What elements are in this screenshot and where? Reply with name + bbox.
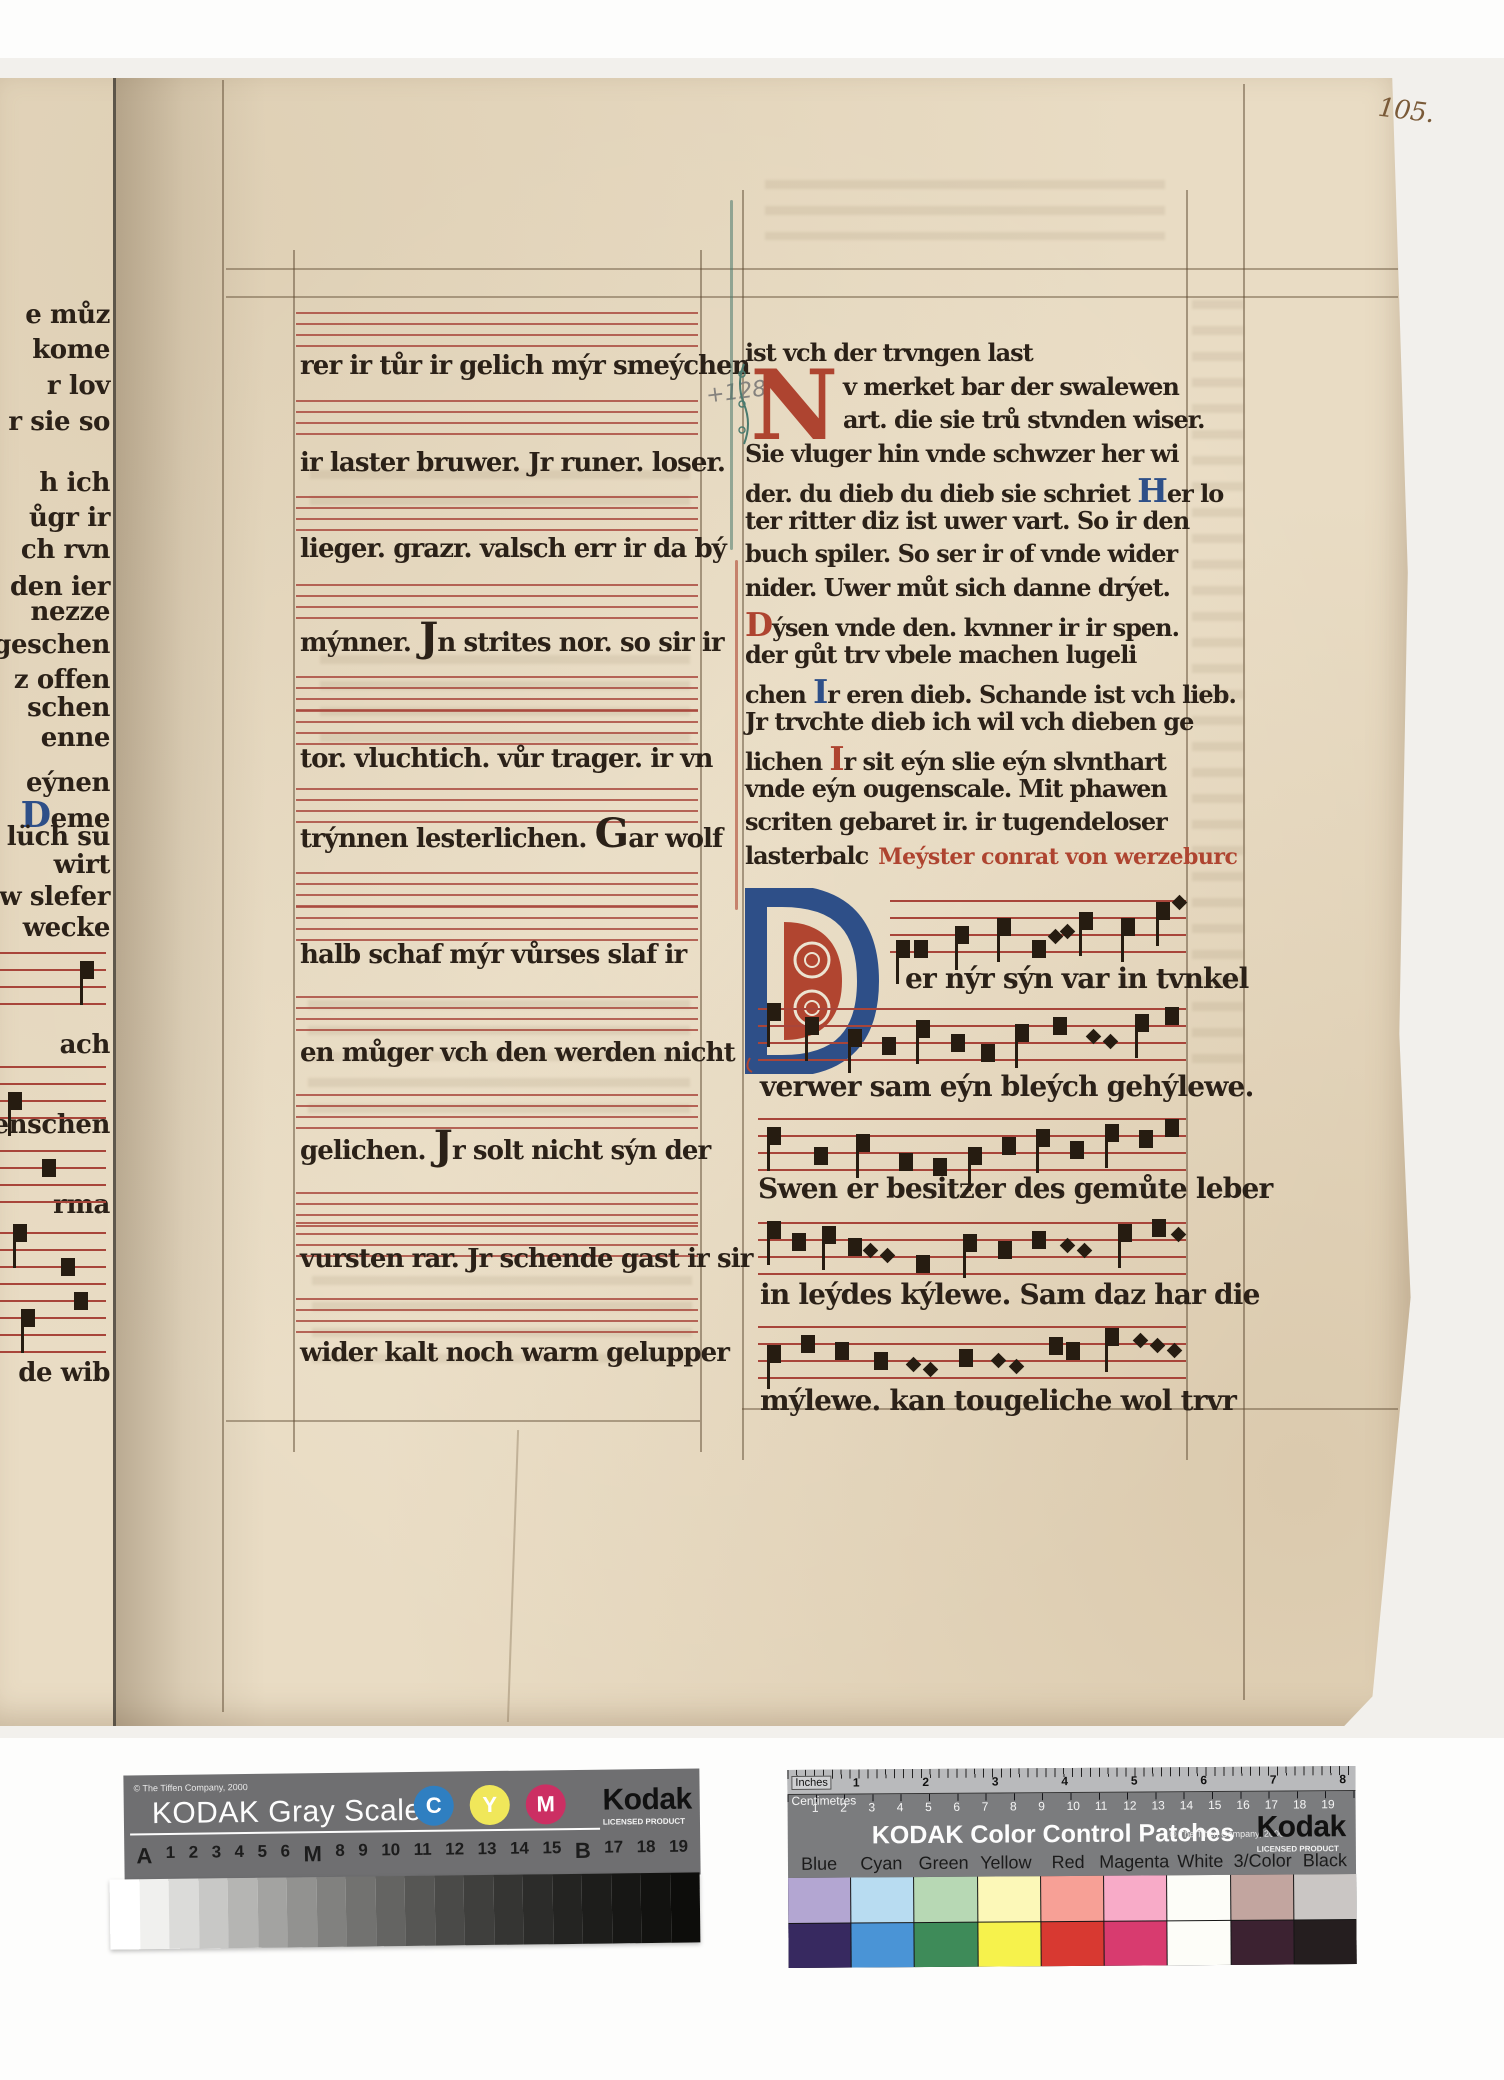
manuscript-text-line: vursten rar. Jr schende gast ir sir [300,1244,753,1274]
neume-tail [805,1034,808,1061]
neume-tail [13,1241,16,1268]
manuscript-text-line: der gůt trv vbele machen lugeli [745,640,1190,674]
color-column-labels: BlueCyanGreenYellowRedMagentaWhite3/Colo… [788,1850,1356,1875]
color-patch-light-red [1041,1876,1104,1921]
kodak-logo: Kodak [1256,1810,1345,1845]
manuscript-text-line: Dýsen vnde den. kvnner ir ir spen. [745,606,1190,640]
color-patch-light-cyan [851,1877,914,1922]
neume-note [1149,1338,1165,1354]
text-segment: ýsen vnde den. kvnner ir ir spen. [772,613,1179,642]
music-staff [758,1222,1186,1275]
facing-page-fragment: wecke [23,913,110,943]
manuscript-text-line: mýnner. Jn strites nor. so sir ir [300,628,724,658]
neume-note [1105,1328,1119,1346]
gray-patch [523,1874,553,1944]
manuscript-text-line: tor. vluchtich. vůr trager. ir vn [300,744,713,774]
neume-note [822,1226,836,1244]
neume-note [906,1357,922,1373]
facing-page-fragment: eýnen [26,768,110,798]
manuscript-text-line: ter ritter diz ist uwer vart. So ir den [745,506,1190,540]
facing-page-fragment: ůgr ir [29,503,110,533]
centimetres-label: Centimetres [791,1794,856,1808]
dot-m-icon: M [526,1784,566,1824]
segment-red: D [745,606,772,644]
neume-note [1105,1124,1119,1142]
text-segment: en můger vch den werden nicht [300,1038,735,1068]
facing-page-fragment: geschen [0,630,110,660]
neume-note [874,1352,888,1370]
margin-staff [0,1150,106,1203]
color-patch-dark-blue [788,1923,851,1968]
color-patch-dark-yellow [978,1922,1041,1967]
text-segment: chen [745,680,813,709]
color-column-label: Cyan [850,1853,912,1874]
manuscript-text-line: der. du dieb du dieb sie schriet Her lo [745,472,1190,506]
gray-patch [434,1875,464,1945]
margin-staff [0,952,106,1005]
text-segment: n strites nor. so sir ir [437,628,723,658]
gray-patch [552,1874,582,1944]
color-patch-grid [788,1874,1357,1968]
manuscript-scan-page: e můzkomer lovr sie soh ichůgr irch rvnd… [0,0,1504,2080]
neume-tail [80,978,83,1005]
color-patch-dark-green [915,1922,978,1967]
neume-tail [896,957,899,984]
manuscript-text-line: wider kalt noch warm gelupper [300,1338,729,1368]
neume-tail [1036,1146,1039,1173]
color-column-label: Green [912,1853,974,1874]
neume-note [767,1345,781,1363]
gray-step-label: 8 [335,1841,345,1867]
color-column-label: Blue [788,1854,850,1875]
gray-step-label: 10 [381,1840,400,1866]
neume-note [767,1127,781,1145]
cm-number: 10 [1067,1799,1080,1813]
color-patch-light-black [1294,1874,1357,1919]
gray-step-label: 6 [280,1841,290,1867]
color-column-label: 3/Color [1231,1850,1293,1871]
neume-note [1152,1219,1166,1237]
neume-note [997,918,1011,936]
parchment-page [0,78,1412,1726]
segment-blue: I [813,673,827,711]
text-segment: lasterbalc [745,841,868,870]
neume-note [21,1309,35,1327]
neume-note [835,1342,849,1360]
neume-note [1156,902,1170,920]
manuscript-text-line: scriten gebaret ir. ir tugendeloser [745,807,1190,841]
text-segment: er lo [1167,479,1223,508]
manuscript-text-line: buch spiler. So ser ir of vnde wider [745,539,1190,573]
manuscript-text-line: vnde eýn ougenscale. Mit phawen [745,774,1190,808]
neume-note [74,1292,88,1310]
cm-number: 19 [1321,1797,1334,1811]
sung-text-line: in leýdes kýlewe. Sam daz har die [760,1278,1260,1311]
text-segment: lieger. grazr. valsch err ir da bý [300,534,726,564]
neume-note [1102,1033,1118,1049]
facing-page-fragment: w slefer [0,882,110,912]
gray-step-label: 5 [257,1842,267,1868]
manuscript-text-line: rer ir tůr ir gelich mýr smeýchen [300,351,750,381]
text-segment: nider. Uwer můt sich danne drýet. [745,573,1170,602]
neume-note [963,1234,977,1252]
text-segment: Sie vluger hin vnde schwzer her wi [745,439,1178,468]
color-column-label: Magenta [1099,1851,1169,1872]
neume-note [1132,1333,1148,1349]
sung-text-line: verwer sam eýn bleých gehýlewe. [760,1070,1254,1103]
gray-step-label: 11 [414,1840,432,1866]
text-segment: scriten gebaret ir. ir tugendeloser [745,807,1167,836]
gray-patch [405,1876,435,1946]
margin-staff [0,1066,106,1119]
color-patch-dark-white [1168,1920,1231,1965]
manuscript-text-line: lichen Ir sit eýn slie eýn slvnthart [745,740,1190,774]
text-segment: rer ir tůr ir gelich mýr smeýchen [300,351,750,381]
facing-page-text-strip: e můzkomer lovr sie soh ichůgr irch rvnd… [0,78,113,1726]
neume-note [856,1134,870,1152]
gray-patch [464,1875,494,1945]
neume-tail [767,1238,770,1265]
facing-page-edge [113,78,116,1726]
neume-note [1118,1224,1132,1242]
text-segment: r sit eýn slie eýn slvnthart [844,747,1166,776]
inch-number: 5 [1131,1774,1138,1788]
color-column-label: Black [1294,1850,1356,1871]
empty-staff [296,996,698,1031]
neume-note [767,1221,781,1239]
neume-tail [8,1109,11,1136]
neume-note [80,961,94,979]
color-column-label: White [1169,1851,1231,1872]
neume-tail [1156,919,1159,946]
inch-number: 4 [1061,1774,1068,1788]
margin-staff [0,1232,106,1285]
facing-page-fragment: e můz [25,300,110,330]
cm-number: 12 [1123,1799,1136,1813]
gray-patch [169,1879,199,1949]
neume-note [896,940,910,958]
cm-number: 3 [868,1800,875,1814]
neume-note [1049,1337,1063,1355]
text-segment: ir laster bruwer. Jr runer. loser. [300,448,725,478]
cm-number: 13 [1151,1798,1164,1812]
neume-tail [822,1243,825,1270]
music-staff [890,900,1186,953]
color-patch-light-yellow [978,1876,1041,1921]
neume-note [1165,1119,1179,1137]
neume-note [882,1037,896,1055]
gray-patch [257,1877,287,1947]
text-segment: r solt nicht sýn der [452,1136,710,1166]
facing-page-fragment: nezze [30,597,110,627]
gray-scale-copyright: © The Tiffen Company, 2000 [133,1782,247,1793]
color-column-label: Red [1037,1852,1099,1873]
gray-patch [375,1876,405,1946]
neume-tail [848,1046,851,1073]
empty-staff [296,676,698,711]
neume-note [1121,918,1135,936]
facing-page-fragment: h ich [39,468,110,498]
neume-note [814,1147,828,1165]
gray-patch [228,1878,258,1948]
neume-note [1036,1129,1050,1147]
text-segment: halb schaf mýr vůrses slaf ir [300,940,686,970]
gray-patch [670,1872,700,1942]
manuscript-text-line: art. die sie trů stvnden wiser. [745,405,1190,439]
gray-step-label: 4 [234,1842,244,1868]
empty-staff [296,788,698,823]
dot-y-icon: Y [470,1785,510,1825]
inch-number: 7 [1270,1773,1277,1787]
neume-tail [767,1020,770,1047]
gray-step-label: M [303,1841,322,1867]
neume-tail [1105,1141,1108,1168]
cm-number: 6 [953,1800,960,1814]
empty-staff [296,1298,698,1333]
gray-patch [582,1873,612,1943]
neume-note [792,1233,806,1251]
neume-tail [1079,929,1082,956]
neume-tail [767,1144,770,1171]
neume-tail [1121,935,1124,962]
dot-c-icon: C [414,1785,454,1825]
empty-staff [296,710,698,745]
text-segment: mýnner. [300,628,419,658]
inches-label: Inches [791,1776,832,1790]
teal-flourish-line [730,200,733,550]
color-patch-dark-cyan [852,1923,915,1968]
manuscript-text-line: Sie vluger hin vnde schwzer her wi [745,439,1190,473]
empty-staff [296,906,698,941]
text-segment: gelichen. [300,1136,434,1166]
manuscript-text-line: nider. Uwer můt sich danne drýet. [745,573,1190,607]
kodak-brand: Kodak LICENSED PRODUCT [602,1783,692,1827]
text-segment: v merket bar der swalewen [843,372,1179,401]
neume-note [923,1362,939,1378]
gray-step-label: 2 [189,1843,199,1869]
empty-staff [296,1094,698,1129]
music-staff [758,1008,1186,1061]
cm-number: 5 [925,1800,932,1814]
text-segment: vursten rar. Jr schende gast ir sir [300,1244,753,1274]
neume-note [801,1335,815,1353]
neume-note [1171,1227,1187,1243]
neume-tail [21,1326,24,1353]
color-patch-light-white [1167,1875,1230,1920]
facing-page-fragment: ch rvn [21,535,110,565]
gray-patch [346,1876,376,1946]
text-segment: ar wolf [628,824,722,854]
text-segment: ter ritter diz ist uwer vart. So ir den [745,506,1189,535]
gray-patch [139,1879,169,1949]
neume-note [880,1247,896,1263]
kodak-color-control-target: Inches 12345678 123456789101112131415161… [787,1766,1356,1968]
neume-note [916,1255,930,1273]
neume-note [914,940,928,958]
empty-staff [296,584,698,619]
horizontal-ruling-line [226,268,1398,270]
manuscript-text-line: v merket bar der swalewen [745,372,1190,406]
cm-number: 7 [982,1800,989,1814]
neume-tail [963,1251,966,1278]
color-patch-light-3/color [1231,1874,1294,1919]
manuscript-text-line: ir laster bruwer. Jr runer. loser. [300,448,725,478]
empty-staff [296,496,698,531]
facing-page-fragment: de wib [18,1358,110,1388]
music-staff [758,1326,1186,1379]
facing-page-fragment: schen [27,693,110,723]
gray-step-label: B [575,1838,591,1864]
text-segment: tor. vluchtich. vůr trager. ir vn [300,744,713,774]
neume-tail [1105,1345,1108,1372]
inch-number: 2 [922,1775,929,1789]
text-segment: der gůt trv vbele machen lugeli [745,640,1136,669]
cm-number: 11 [1095,1799,1108,1813]
neume-note [61,1258,75,1276]
neume-note [1077,1242,1093,1258]
gray-patch [198,1878,228,1948]
gray-scale-step-labels: A123456M89101112131415B171819 [124,1836,700,1869]
gray-step-label: A [136,1843,152,1869]
facing-page-fragment: enne [41,723,110,753]
neume-note [1002,1137,1016,1155]
gray-patch [316,1877,346,1947]
horizontal-ruling-line [226,296,1398,298]
vertical-ruling-line [293,250,295,1452]
text-segment: buch spiler. So ser ir of vnde wider [745,539,1177,568]
neume-note [1135,1014,1149,1032]
neume-note [1032,1231,1046,1249]
empty-staff [296,400,698,435]
text-segment: art. die sie trů stvnden wiser. [843,405,1205,434]
manuscript-text-line: Jr trvchte dieb ich wil vch dieben ge [745,707,1190,741]
gray-patch [493,1875,523,1945]
neume-note [767,1003,781,1021]
gray-step-label: 18 [637,1837,656,1863]
text-segment: ist vch der trvngen last [745,338,1033,367]
neume-note [1070,1141,1084,1159]
manuscript-text-line: halb schaf mýr vůrses slaf ir [300,940,686,970]
facing-page-fragment: lüch su [7,822,110,852]
inch-number: 3 [992,1775,999,1789]
cym-dots: CYM [414,1784,566,1826]
facing-page-fragment: kome [32,335,110,365]
neume-note [848,1029,862,1047]
cm-number: 4 [897,1800,904,1814]
kodak-gray-scale-target: © The Tiffen Company, 2000 KODAK Gray Sc… [123,1768,700,1881]
segment-red: I [829,740,843,778]
color-patch-dark-3/color [1231,1920,1294,1965]
inch-number: 6 [1200,1773,1207,1787]
music-staff [758,1118,1186,1171]
neume-note [959,1349,973,1367]
neume-note [805,1017,819,1035]
neume-note [955,926,969,944]
neume-tail [1135,1031,1138,1058]
neume-note [863,1242,879,1258]
neume-note [848,1238,862,1256]
neume-note [981,1044,995,1062]
neume-note [1066,1342,1080,1360]
gray-scale-patch-strip [110,1872,701,1949]
neume-tail [997,935,1000,962]
color-patch-light-magenta [1104,1875,1167,1920]
cm-number: 9 [1038,1799,1045,1813]
color-patch-light-blue [788,1878,851,1923]
gray-step-label: 15 [542,1838,561,1864]
manuscript-text-line: lasterbalcMeýster conrat von werzeburc [745,841,1190,875]
neume-note [8,1092,22,1110]
gray-step-label: 3 [212,1842,222,1868]
gray-step-label: 9 [358,1841,368,1867]
neume-note [916,1020,930,1038]
margin-staff [0,1300,106,1353]
neume-note [1008,1358,1024,1374]
gray-step-label: 1 [166,1843,176,1869]
neume-note [1167,1343,1183,1359]
segment-rubric: Meýster conrat von werzeburc [868,844,1237,870]
neume-note [998,1241,1012,1259]
empty-staff [296,312,698,347]
cm-number: 14 [1180,1798,1193,1812]
manuscript-text-line: trýnnen lesterlichen. Gar wolf [300,824,722,854]
neume-note [968,1147,982,1165]
gray-step-label: 14 [510,1839,529,1865]
gray-step-label: 17 [604,1837,623,1863]
red-flourish-line [735,560,738,910]
neume-tail [916,1037,919,1064]
sung-text-line: Swen er besitzer des gemůte leber [758,1172,1272,1205]
licensed-product-label: LICENSED PRODUCT [603,1817,692,1827]
horizontal-ruling-line [226,1420,700,1422]
neume-note [1032,940,1046,958]
neume-note [951,1034,965,1052]
neume-note [1165,1007,1179,1025]
neume-tail [1015,1041,1018,1068]
inch-number: 1 [853,1775,860,1789]
vertical-ruling-line [222,80,224,1712]
neume-note [991,1353,1007,1369]
text-segment: vnde eýn ougenscale. Mit phawen [745,774,1167,803]
facing-page-fragment: wirt [54,850,110,880]
color-column-label: Yellow [975,1852,1037,1873]
vertical-ruling-line [1243,84,1245,1700]
neume-note [13,1224,27,1242]
neume-note [1139,1130,1153,1148]
gray-step-label: 19 [669,1837,688,1863]
gray-step-label: 13 [477,1839,496,1865]
facing-page-fragment: r sie so [8,407,110,437]
neume-note [1015,1024,1029,1042]
neume-note [1053,1017,1067,1035]
right-text-column: ist vch der trvngen lastv merket bar der… [745,338,1190,874]
color-patch-dark-red [1041,1921,1104,1966]
segment-tall: G [595,809,629,857]
manuscript-text-line: gelichen. Jr solt nicht sýn der [300,1136,710,1166]
facing-page-fragment: r lov [47,371,110,401]
facing-page-fragment: ach [60,1030,110,1060]
text-segment: der. du dieb du dieb sie schriet [745,479,1137,508]
segment-tall: J [419,613,437,661]
text-segment: trýnnen lesterlichen. [300,824,595,854]
cm-number: 16 [1236,1798,1249,1812]
facing-page-fragment: z offen [14,665,110,695]
text-segment: Jr trvchte dieb ich wil vch dieben ge [745,707,1193,736]
gray-patch [611,1873,641,1943]
cm-number: 15 [1208,1798,1221,1812]
cm-number: 8 [1010,1799,1017,1813]
neume-tail [1118,1241,1121,1268]
